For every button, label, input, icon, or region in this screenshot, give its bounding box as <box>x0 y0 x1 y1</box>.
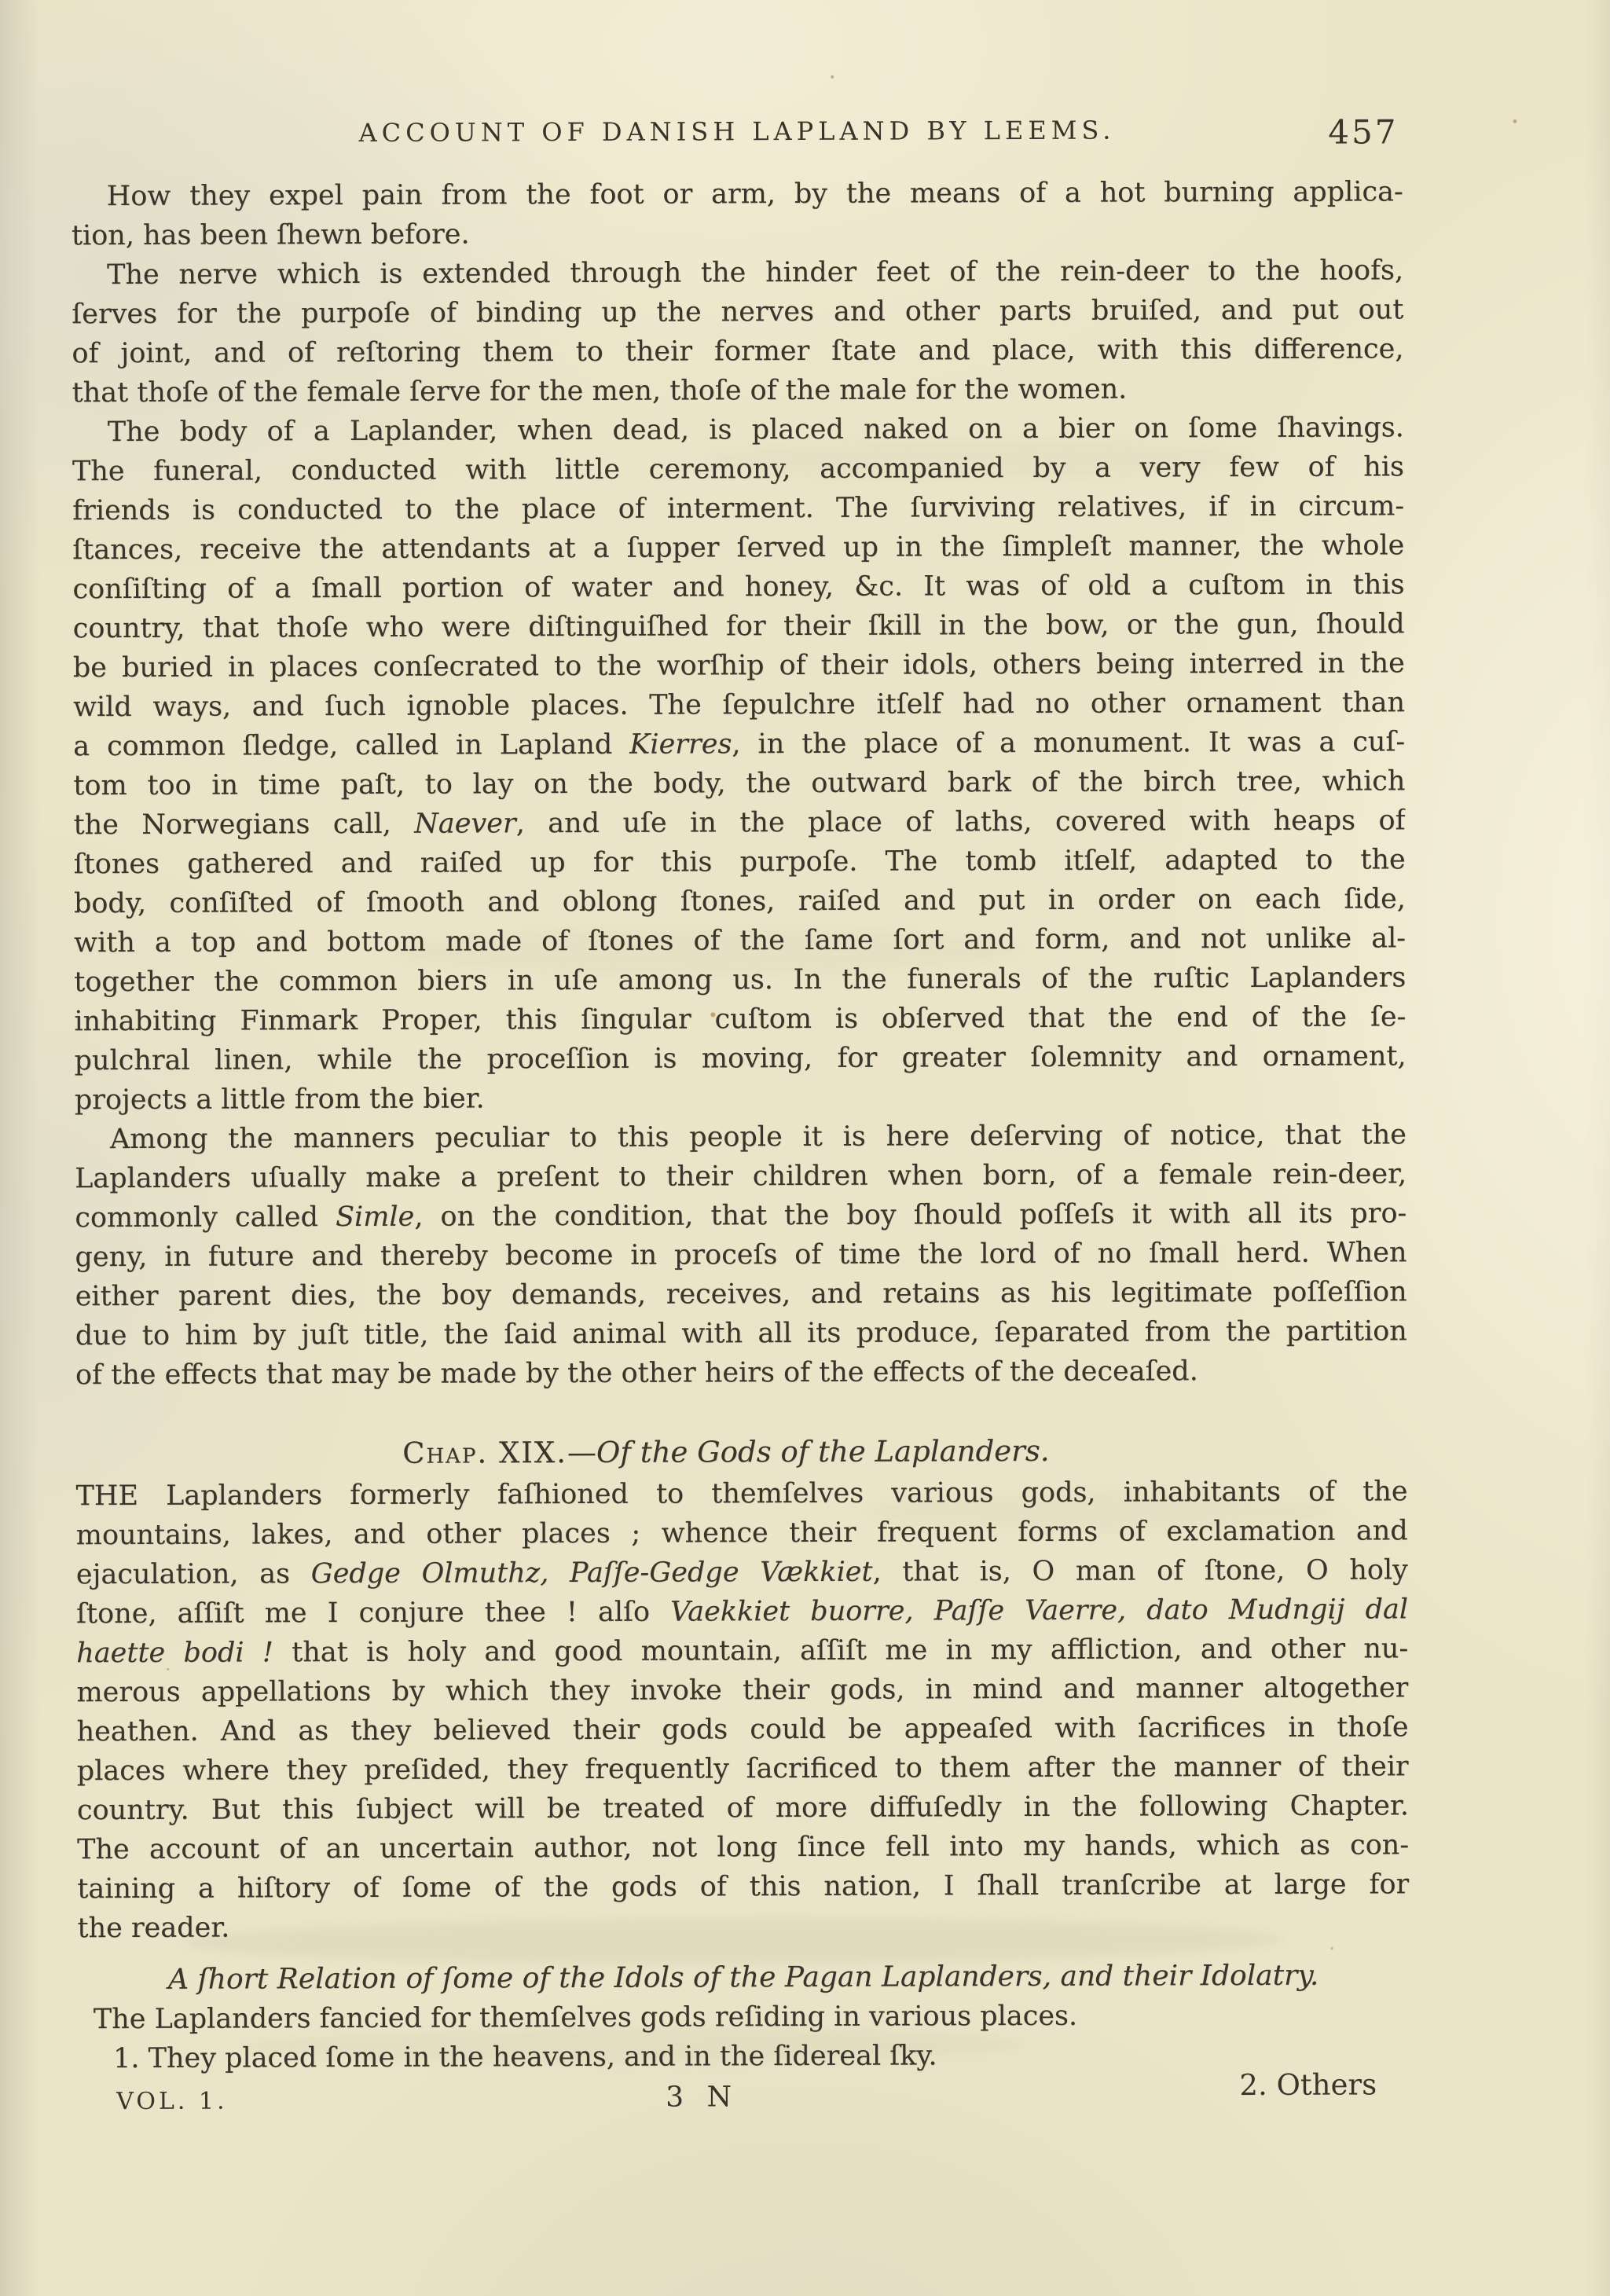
text-segment: taining a hiſtory of ſome of the gods of… <box>77 1869 1409 1905</box>
text-segment: the Norwegians call, <box>73 809 414 842</box>
italic-term: haette bodi ! <box>76 1637 273 1669</box>
text-segment: projects a little from the bier. <box>75 1083 485 1116</box>
paragraph: The body of a Laplander, when dead, is p… <box>72 408 1406 1120</box>
text-line: geny, in future and thereby become in pr… <box>75 1233 1406 1277</box>
paragraph: The nerve which is extended through the … <box>72 251 1404 413</box>
text-line: ſerves for the purpoſe of binding up the… <box>72 290 1403 334</box>
small-caps-label: Chap. XIX. <box>402 1436 567 1470</box>
text-line: mountains, lakes, and other places ; whe… <box>76 1511 1408 1555</box>
text-line: wild ways, and ſuch ignoble places. The … <box>73 683 1405 727</box>
page-number: 457 <box>1328 112 1398 151</box>
text-segment: that thoſe of the female ſerve for the m… <box>72 374 1128 409</box>
text-segment: THE Laplanders formerly faſhioned to the… <box>75 1476 1407 1512</box>
paragraph: Among the manners peculiar to this peopl… <box>75 1115 1407 1395</box>
text-line: ejaculation, as Gedge Olmuthz, Paſſe-Ged… <box>76 1550 1408 1594</box>
paragraph: How they expel pain from the foot or arm… <box>72 172 1403 255</box>
text-line: The body of a Laplander, when dead, is p… <box>72 408 1404 452</box>
page-header: ACCOUNT OF DANISH LAPLAND BY LEEMS. 457 <box>71 114 1403 149</box>
text-segment: country. But this ſubject will be treate… <box>77 1790 1409 1826</box>
text-segment: the reader. <box>77 1913 229 1945</box>
text-segment: wild ways, and ſuch ignoble places. The … <box>73 687 1405 723</box>
text-line: The Laplanders fancied for themſelves go… <box>78 1995 1410 2039</box>
italic-term: Naever <box>414 808 516 839</box>
text-line: body, conſiſted of ſmooth and oblong ſto… <box>74 879 1406 923</box>
text-segment: that is holy and good mountain, aſſiſt m… <box>273 1633 1408 1668</box>
text-segment: of joint, and of reſtoring them to their… <box>72 333 1403 369</box>
italic-term: Kierres <box>629 728 732 760</box>
text-line: together the common biers in uſe among u… <box>74 958 1406 1002</box>
text-segment: inhabiting Finmark Proper, this ſingular… <box>74 1001 1406 1037</box>
text-line: commonly called Simle, on the condition,… <box>75 1194 1406 1238</box>
text-line: of joint, and of reſtoring them to their… <box>72 329 1403 373</box>
text-segment: a common ſledge, called in Lapland <box>73 729 629 762</box>
text-segment: 1. They placed ſome in the heavens, and … <box>113 2040 937 2074</box>
running-title: ACCOUNT OF DANISH LAPLAND BY LEEMS. <box>71 114 1403 149</box>
text-line: country, that thoſe who were diſtinguiſh… <box>73 604 1405 648</box>
paragraph: The Laplanders fancied for themſelves go… <box>78 1995 1410 2039</box>
text-line: haette bodi ! that is holy and good moun… <box>76 1629 1408 1673</box>
text-line: taining a hiſtory of ſome of the gods of… <box>77 1865 1409 1909</box>
text-segment: , on the condition, that the boy ſhould … <box>414 1198 1406 1232</box>
scan-tilt-layer: ACCOUNT OF DANISH LAPLAND BY LEEMS. 457 … <box>0 0 1610 2296</box>
text-segment: Laplanders uſually make a preſent to the… <box>75 1158 1406 1194</box>
text-segment: ſtances, receive the attendants at a ſup… <box>72 530 1404 566</box>
text-line: be buried in places conſecrated to the w… <box>73 644 1405 688</box>
text-line: How they expel pain from the foot or arm… <box>72 172 1403 216</box>
text-segment: ejaculation, as <box>76 1558 311 1590</box>
text-line: the reader. <box>77 1904 1409 1948</box>
text-segment: ſtones gathered and raiſed up for this p… <box>74 844 1406 880</box>
text-segment: ſtone, aſſiſt me I conjure thee ! alſo <box>76 1597 670 1630</box>
text-segment: body, conſiſted of ſmooth and oblong ſto… <box>74 883 1406 919</box>
text-segment: places where they preſided, they frequen… <box>77 1751 1409 1787</box>
text-segment: due to him by juſt title, the ſaid anima… <box>75 1315 1407 1352</box>
italic-term: Simle <box>336 1201 414 1233</box>
paragraph: 1. They placed ſome in the heavens, and … <box>78 2034 1410 2078</box>
text-segment: How they expel pain from the foot or arm… <box>107 176 1403 212</box>
italic-term: Vaekkiet buorre, Paſſe Vaerre, dato Mudn… <box>670 1594 1408 1627</box>
book-page: ACCOUNT OF DANISH LAPLAND BY LEEMS. 457 … <box>0 0 1610 2296</box>
text-segment: heathen. And as they believed their gods… <box>77 1711 1409 1748</box>
text-line: pulchral linen, while the proceſſion is … <box>75 1036 1406 1080</box>
text-line: ſtones gathered and raiſed up for this p… <box>74 840 1406 884</box>
text-segment: merous appellations by which they invoke… <box>76 1672 1408 1708</box>
text-line: of the effects that may be made by the o… <box>75 1351 1407 1395</box>
text-line: tion, has been ſhewn before. <box>72 211 1403 255</box>
text-line: Laplanders uſually make a preſent to the… <box>75 1154 1406 1198</box>
signature-mark: 3 N <box>666 2081 739 2113</box>
text-segment: mountains, lakes, and other places ; whe… <box>76 1515 1408 1551</box>
text-line: the Norwegians call, Naever, and uſe in … <box>73 801 1405 845</box>
text-segment: conſiſting of a ſmall portion of water a… <box>72 569 1404 605</box>
text-segment: pulchral linen, while the proceſſion is … <box>75 1040 1406 1076</box>
text-segment: be buried in places conſecrated to the w… <box>73 647 1405 684</box>
text-segment: , in the place of a monument. It was a c… <box>732 726 1405 760</box>
text-line: places where they preſided, they frequen… <box>77 1747 1409 1791</box>
text-segment: , and uſe in the place of laths, covered… <box>516 805 1406 839</box>
text-line: ſtances, receive the attendants at a ſup… <box>72 526 1404 570</box>
text-line: The account of an uncertain author, not … <box>77 1825 1409 1869</box>
text-segment: together the common biers in uſe among u… <box>74 962 1406 998</box>
text-line: conſiſting of a ſmall portion of water a… <box>72 565 1404 609</box>
text-line: country. But this ſubject will be treate… <box>77 1786 1409 1830</box>
text-segment: tion, has been ſhewn before. <box>72 218 470 251</box>
text-segment: geny, in future and thereby become in pr… <box>75 1237 1406 1273</box>
text-line: a common ſledge, called in Lapland Kierr… <box>73 722 1405 766</box>
text-segment: The funeral, conducted with little cerem… <box>72 451 1404 487</box>
text-line: heathen. And as they believed their gods… <box>77 1707 1409 1751</box>
text-segment: commonly called <box>75 1201 336 1234</box>
text-line: THE Laplanders formerly faſhioned to the… <box>75 1472 1407 1516</box>
text-line: The funeral, conducted with little cerem… <box>72 447 1404 491</box>
italic-term: A ſhort Relation of ſome of the Idols of… <box>168 1960 1318 1996</box>
text-line: inhabiting Finmark Proper, this ſingular… <box>74 997 1406 1041</box>
paragraph: THE Laplanders formerly faſhioned to the… <box>75 1472 1409 1948</box>
paper-speck <box>1513 119 1516 123</box>
text-segment: with a top and bottom made of ſtones of … <box>74 922 1406 959</box>
text-block: How they expel pain from the foot or arm… <box>72 172 1410 2078</box>
text-segment: friends is conducted to the place of int… <box>72 490 1404 526</box>
text-line: due to him by juſt title, the ſaid anima… <box>75 1311 1407 1355</box>
text-line: Among the manners peculiar to this peopl… <box>75 1115 1406 1159</box>
chapter-heading: Chap. XIX.—Of the Gods of the Laplanders… <box>60 1428 1392 1476</box>
catchword: 2. Others <box>1239 2067 1377 2102</box>
text-line: friends is conducted to the place of int… <box>72 486 1404 530</box>
italic-term: Gedge Olmuthz, Paſſe-Gedge Vækkiet <box>311 1557 873 1590</box>
text-line: either parent dies, the boy demands, rec… <box>75 1272 1407 1316</box>
text-line: projects a little from the bier. <box>75 1076 1406 1120</box>
text-segment: The account of an uncertain author, not … <box>77 1829 1409 1865</box>
text-line: tom too in time paſt, to lay on the body… <box>73 761 1405 805</box>
text-line: with a top and bottom made of ſtones of … <box>74 919 1406 963</box>
text-segment: either parent dies, the boy demands, rec… <box>75 1276 1407 1312</box>
text-segment: The Laplanders fancied for themſelves go… <box>94 2001 1077 2035</box>
text-line: merous appellations by which they invoke… <box>76 1668 1408 1712</box>
text-segment: The nerve which is extended through the … <box>107 255 1403 291</box>
text-segment: ſerves for the purpoſe of binding up the… <box>72 294 1403 330</box>
section-subheading: A ſhort Relation of ſome of the Idols of… <box>78 1956 1410 2000</box>
text-segment: country, that thoſe who were diſtinguiſh… <box>73 608 1405 644</box>
page-footer: VOL. 1. 3 N 2. Others <box>78 2078 1410 2083</box>
text-segment: of the effects that may be made by the o… <box>75 1355 1198 1391</box>
text-line: The nerve which is extended through the … <box>72 251 1403 295</box>
italic-term: Of the Gods of the Laplanders. <box>596 1434 1050 1469</box>
text-line: that thoſe of the female ſerve for the m… <box>72 369 1404 413</box>
text-line: ſtone, aſſiſt me I conjure thee ! alſo V… <box>76 1590 1408 1634</box>
text-segment: Among the manners peculiar to this peopl… <box>110 1119 1406 1155</box>
volume-label: VOL. 1. <box>116 2088 227 2115</box>
text-line: 1. They placed ſome in the heavens, and … <box>78 2034 1410 2078</box>
paper-speck <box>831 75 834 79</box>
text-segment: tom too in time paſt, to lay on the body… <box>73 765 1405 801</box>
text-segment: , that is, O man of ſtone, O holy <box>872 1554 1407 1587</box>
text-segment: — <box>567 1436 596 1469</box>
text-segment: The body of a Laplander, when dead, is p… <box>108 412 1404 448</box>
